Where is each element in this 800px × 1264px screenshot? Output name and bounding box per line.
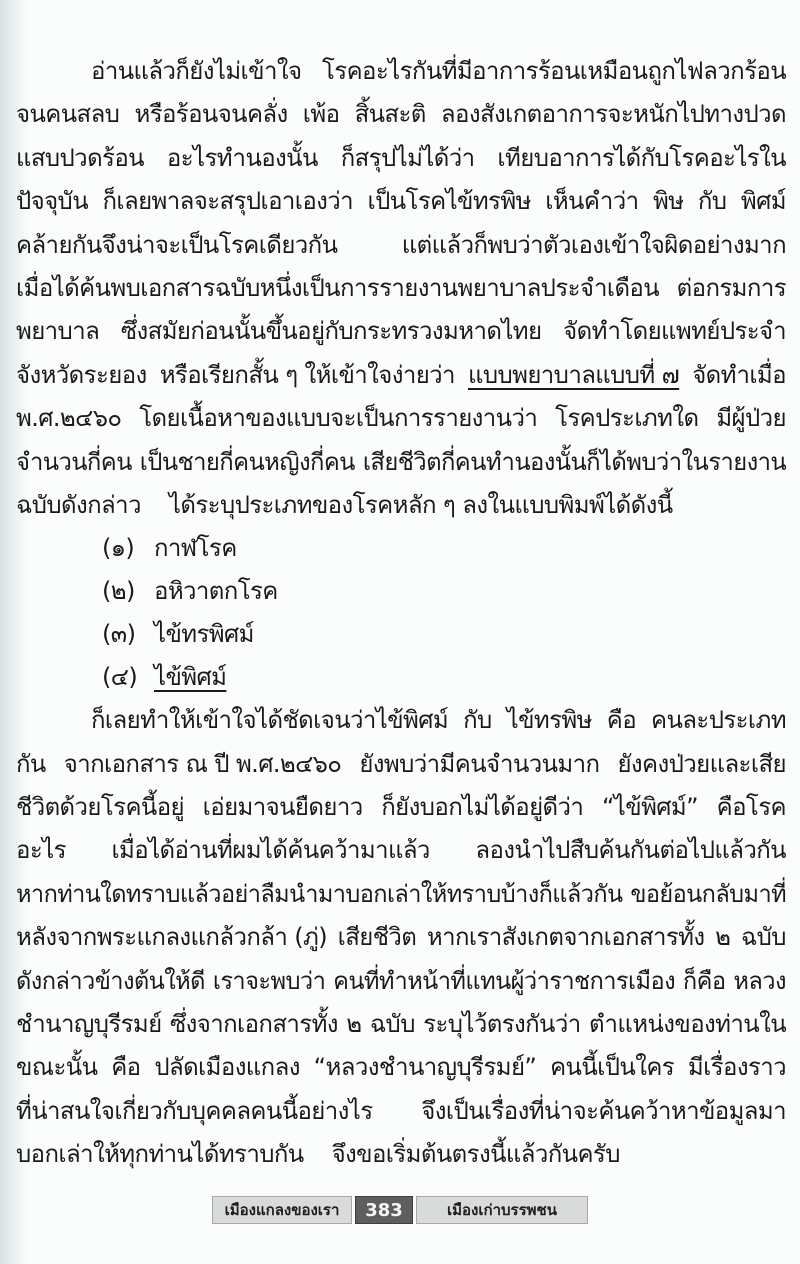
text-run: มีเรื่องราว (688, 1046, 786, 1089)
text-run: เมื่อได้ค้นพบเอกสารฉบับหนึ่งเป็นการรายงา… (16, 267, 659, 310)
text-run: คล้ายกันจึงน่าจะเป็นโรคเดียวกัน (16, 224, 337, 267)
paragraph-1-line-4: ปัจจุบัน ก็เลยพาลจะสรุปเอาเองว่า เป็นโรค… (16, 180, 786, 223)
text-run: ฉบับ (370, 1003, 415, 1046)
list-number: (๔) (102, 656, 154, 699)
text-run: ๒ (715, 916, 730, 959)
text-run: คือ (607, 699, 636, 742)
text-run: ปลัดเมืองแกลง (154, 1046, 300, 1089)
text-run: โดยเนื้อหาของแบบจะเป็นการรายงานว่า (139, 397, 537, 440)
paragraph-1-line-10: จำนวนกี่คน เป็นชายกี่คนหญิงกี่คน เสียชีว… (16, 441, 786, 484)
underlined-form-title: แบบพยาบาลแบบที่ ๗ (468, 354, 679, 397)
text-run: พยาบาล (16, 310, 99, 353)
text-run: ลองนำไปสืบค้นกันต่อไปแล้วกัน (475, 829, 786, 872)
text-run: “ไข้พิศม์” (602, 786, 698, 829)
paragraph-1-line-3: แสบปวดร้อน อะไรทำนองนั้น ก็สรุปไม่ได้ว่า… (16, 137, 786, 180)
paragraph-1-line-6: เมื่อได้ค้นพบเอกสารฉบับหนึ่งเป็นการรายงา… (16, 267, 786, 310)
list-label: ไข้ทรพิศม์ (154, 620, 254, 648)
list-item: (๓)ไข้ทรพิศม์ (102, 613, 786, 656)
text-run: ที่น่าสนใจเกี่ยวกับบุคคลคนนี้อย่างไร (16, 1090, 373, 1133)
text-run: แต่แล้วก็พบว่าตัวเองเข้าใจผิดอย่างมาก (402, 224, 786, 267)
list-label-underlined: ไข้พิศม์ (154, 663, 226, 691)
text-run: ก็เลยทำให้เข้าใจได้ชัดเจนว่าไข้พิศม์ (91, 699, 448, 742)
text-run: เป็นชายกี่คนหญิงกี่คน (140, 441, 355, 484)
paragraph-2-line-1: ก็เลยทำให้เข้าใจได้ชัดเจนว่าไข้พิศม์ กับ… (16, 699, 786, 742)
paragraph-1-line-2: จนคนสลบ หรือร้อนจนคลั่ง เพ้อ สิ้นสะติ ลอ… (16, 93, 786, 136)
text-run: พิศม์ (741, 180, 786, 223)
list-label: อหิวาตกโรค (154, 577, 278, 605)
text-run: ซึ่งจากเอกสารทั้ง (170, 1003, 338, 1046)
text-run: โรคอะไรกันที่มีอาการร้อนเหมือนถูกไฟลวกร้… (322, 50, 786, 93)
text-run: เสียชีวิตกี่คนทำนองนั้นก็ได้พบว่าในรายงา… (363, 441, 786, 484)
paragraph-2-line-5: หากท่านใดทราบแล้วอย่าลืมนำมาบอกเล่าให้ทร… (16, 873, 786, 916)
paragraph-2-line-3: ชีวิตด้วยโรคนี้อยู่ เอ่ยมาจนยืดยาว ก็ยัง… (16, 786, 786, 829)
text-run: หากเราสังเกตจากเอกสารทั้ง (427, 916, 705, 959)
text-run: ไข้ทรพิษ (507, 699, 592, 742)
paragraph-2-line-10: ที่น่าสนใจเกี่ยวกับบุคคลคนนี้อย่างไร จึง… (16, 1090, 786, 1133)
text-run: เอ่ยมาจนยืดยาว (203, 786, 363, 829)
paragraph-2-line-9: ขณะนั้น คือ ปลัดเมืองแกลง “หลวงชำนาญบุรี… (16, 1046, 786, 1089)
text-run: คือ (111, 1046, 140, 1089)
text-run: หลวง (733, 960, 786, 1003)
paragraph-1-line-5: คล้ายกันจึงน่าจะเป็นโรคเดียวกัน แต่แล้วก… (16, 224, 786, 267)
text-run: จากเอกสาร ณ ปี พ.ศ.๒๔๖๐ (64, 743, 342, 786)
text-run: ได้ระบุประเภทของโรคหลัก ๆ ลงในแบบพิมพ์ได… (169, 484, 673, 527)
text-run: ชำนาญบุรีรมย์ (16, 1003, 162, 1046)
list-number: (๓) (102, 613, 154, 656)
list-label: กาฬโรค (154, 534, 237, 562)
text-run: ก็เลยพาลจะสรุปเอาเองว่า (102, 180, 353, 223)
text-run: เสียชีวิต (338, 916, 417, 959)
text-run: คนที่ทำหน้าที่แทนผู้ว่าราชการเมือง (333, 960, 675, 1003)
text-run: พ.ศ.๒๔๖๐ (16, 397, 121, 440)
text-run: ขณะนั้น (16, 1046, 97, 1089)
list-item: (๑)กาฬโรค (102, 527, 786, 570)
text-run: บอกเล่าให้ทุกท่านได้ทราบกัน (16, 1133, 304, 1176)
text-run: ฉบับดังกล่าว (16, 484, 141, 527)
text-run: ยังคงป่วยและเสีย (617, 743, 786, 786)
list-number: (๒) (102, 570, 154, 613)
text-run: แสบปวดร้อน (16, 137, 144, 180)
text-run: จนคนสลบ (16, 93, 119, 136)
text-run: พิษ (653, 180, 683, 223)
text-run: จำนวนกี่คน (16, 441, 132, 484)
text-run: เทียบอาการได้กับโรคอะไรใน (497, 137, 786, 180)
text-run: จัดทำเมื่อ (692, 354, 786, 397)
text-run: ซึ่งสมัยก่อนนั้นขึ้นอยู่กับกระทรวงมหาดไท… (121, 310, 542, 353)
text-run: ดังกล่าวข้างต้นให้ดี (16, 960, 205, 1003)
text-run: หากท่านใดทราบแล้วอย่าลืมนำมาบอกเล่าให้ทร… (16, 873, 623, 916)
text-run: ชีวิตด้วยโรคนี้อยู่ (16, 786, 184, 829)
text-run: เป็นโรคไข้ทรพิษ (367, 180, 530, 223)
text-run: เห็นคำว่า (545, 180, 638, 223)
text-run: คนละประเภท (651, 699, 786, 742)
text-run: จึงขอเริ่มต้นตรงนี้แล้วกันครับ (332, 1133, 620, 1176)
paragraph-2-line-8: ชำนาญบุรีรมย์ ซึ่งจากเอกสารทั้ง ๒ ฉบับ ร… (16, 1003, 786, 1046)
text-run: ก็ยังบอกไม่ได้อยู่ดีว่า (381, 786, 583, 829)
list-item: (๒)อหิวาตกโรค (102, 570, 786, 613)
text-run: กับ (463, 699, 492, 742)
footer-book-title: เมืองแกลงของเรา (212, 1196, 352, 1224)
text-run: โรคประเภทใด (555, 397, 698, 440)
list-item: (๔)ไข้พิศม์ (102, 656, 786, 699)
text-run: เราจะพบว่า (213, 960, 325, 1003)
paragraph-1-line-8: จังหวัดระยอง หรือเรียกสั้น ๆ ให้เข้าใจง่… (16, 354, 786, 397)
text-run: ต่อกรมการ (677, 267, 786, 310)
text-run: คนนี้เป็นใคร (550, 1046, 674, 1089)
text-run: กัน (16, 743, 46, 786)
text-run: ตำแหน่งของท่านใน (589, 1003, 786, 1046)
page-number: 383 (355, 1196, 413, 1224)
text-run: “หลวงชำนาญบุรีรมย์” (314, 1046, 537, 1089)
paragraph-2-line-7: ดังกล่าวข้างต้นให้ดี เราจะพบว่า คนที่ทำห… (16, 960, 786, 1003)
paragraph-1-line-1: อ่านแล้วก็ยังไม่เข้าใจ โรคอะไรกันที่มีอา… (16, 50, 786, 93)
text-run: กับ (698, 180, 727, 223)
text-run: อ่านแล้วก็ยังไม่เข้าใจ (91, 50, 301, 93)
text-run: เมื่อได้อ่านที่ผมได้ค้นคว้ามาแล้ว (111, 829, 429, 872)
text-run: จึงเป็นเรื่องที่น่าจะค้นคว้าหาข้อมูลมา (421, 1090, 786, 1133)
paragraph-1-line-11: ฉบับดังกล่าว ได้ระบุประเภทของโรคหลัก ๆ ล… (16, 484, 786, 527)
text-run: หรือเรียกสั้น ๆ ให้เข้าใจง่ายว่า (160, 354, 455, 397)
text-run: ขอย้อนกลับมาที่ (630, 873, 786, 916)
text-run: ระบุไว้ตรงกันว่า (423, 1003, 580, 1046)
text-run: หรือร้อนจนคลั่ง (134, 93, 287, 136)
text-run: ลองสังเกตอาการจะหนักไปทางปวด (441, 93, 786, 136)
text-run: จังหวัดระยอง (16, 354, 147, 397)
page-footer: เมืองแกลงของเรา 383 เมืองเก่าบรรพชน (212, 1196, 588, 1224)
disease-list: (๑)กาฬโรค (๒)อหิวาตกโรค (๓)ไข้ทรพิศม์ (๔… (16, 527, 786, 699)
text-run: คือโรค (717, 786, 786, 829)
text-run: ปัจจุบัน (16, 180, 88, 223)
text-run: จัดทำโดยแพทย์ประจำ (563, 310, 786, 353)
paragraph-2-line-6: หลังจากพระแกลงแกล้วกล้า (ภู่) เสียชีวิต … (16, 916, 786, 959)
text-run: อะไรทำนองนั้น (167, 137, 318, 180)
paragraph-2-line-2: กัน จากเอกสาร ณ ปี พ.ศ.๒๔๖๐ ยังพบว่ามีคน… (16, 743, 786, 786)
list-number: (๑) (102, 527, 154, 570)
text-run: ก็สรุปไม่ได้ว่า (341, 137, 475, 180)
text-run: ก็คือ (683, 960, 726, 1003)
paragraph-2-line-4: อะไร เมื่อได้อ่านที่ผมได้ค้นคว้ามาแล้ว ล… (16, 829, 786, 872)
text-run: หลังจากพระแกลงแกล้วกล้า (ภู่) (16, 916, 327, 959)
paragraph-1-line-9: พ.ศ.๒๔๖๐ โดยเนื้อหาของแบบจะเป็นการรายงาน… (16, 397, 786, 440)
footer-chapter-title: เมืองเก่าบรรพชน (416, 1196, 588, 1224)
text-run: เพ้อ (303, 93, 340, 136)
paragraph-2-line-11: บอกเล่าให้ทุกท่านได้ทราบกัน จึงขอเริ่มต้… (16, 1133, 786, 1176)
text-run: ยังพบว่ามีคนจำนวนมาก (359, 743, 599, 786)
text-run: ๒ (346, 1003, 361, 1046)
text-run: ฉบับ (741, 916, 786, 959)
paragraph-1-line-7: พยาบาล ซึ่งสมัยก่อนนั้นขึ้นอยู่กับกระทรว… (16, 310, 786, 353)
text-run: สิ้นสะติ (355, 93, 426, 136)
text-run: อะไร (16, 829, 66, 872)
text-run: มีผู้ป่วย (716, 397, 786, 440)
book-page-text: อ่านแล้วก็ยังไม่เข้าใจ โรคอะไรกันที่มีอา… (16, 50, 786, 1177)
